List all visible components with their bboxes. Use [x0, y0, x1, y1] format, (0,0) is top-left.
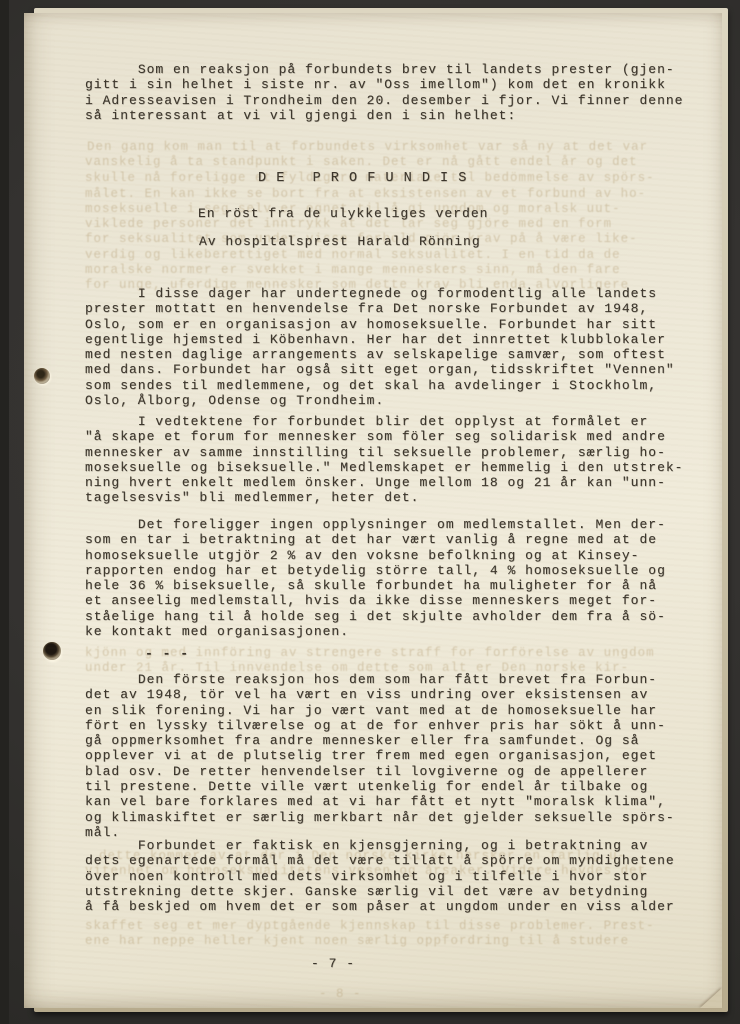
bleedthrough-line: vanskelig å ta standpunkt i saken. Det e…: [85, 155, 638, 169]
article-byline: Av hospitalsprest Harald Rönning: [199, 234, 481, 249]
punch-hole-top: [34, 368, 50, 384]
document-page: Den gang kom man til at forbundets virks…: [24, 13, 722, 1008]
body-paragraph: Det foreligger ingen opplysninger om med…: [85, 517, 715, 639]
body-paragraph: I disse dager har undertegnede og formod…: [85, 286, 715, 408]
intro-paragraph: Som en reaksjon på forbundets brev til l…: [85, 62, 715, 123]
body-paragraph: Forbundet er faktisk en kjensgjerning, o…: [85, 838, 715, 914]
article-title: D E P R O F U N D I S: [258, 171, 467, 186]
bleedthrough-line: Den gang kom man til at forbundets virks…: [87, 140, 648, 154]
body-paragraph: I vedtektene for forbundet blir det oppl…: [85, 414, 715, 506]
bleedthrough-line: moralske normer er svekket i mange menne…: [85, 263, 621, 277]
bleedthrough-line: målet. En kan ikke se bort fra at eksist…: [85, 187, 646, 201]
page-number: - 7 -: [311, 956, 355, 971]
bleedthrough-line: skaffet seg et mer dyptgående kjennskap …: [85, 919, 655, 933]
section-separator: - - -: [145, 646, 189, 661]
punch-hole-bottom: [43, 642, 61, 660]
body-paragraph: Den förste reaksjon hos dem som har fått…: [85, 672, 715, 840]
article-subtitle: En röst fra de ulykkeliges verden: [198, 206, 488, 221]
bleedthrough-line: ene har neppe heller kjent noen særlig o…: [85, 934, 629, 948]
bleedthrough-line: verdig og likeberettiget med normal seks…: [85, 248, 621, 262]
scan-background: Den gang kom man til at forbundets virks…: [0, 0, 740, 1024]
bleedthrough-page-number: - 8 -: [319, 987, 362, 1001]
corner-fold: [700, 988, 722, 1008]
